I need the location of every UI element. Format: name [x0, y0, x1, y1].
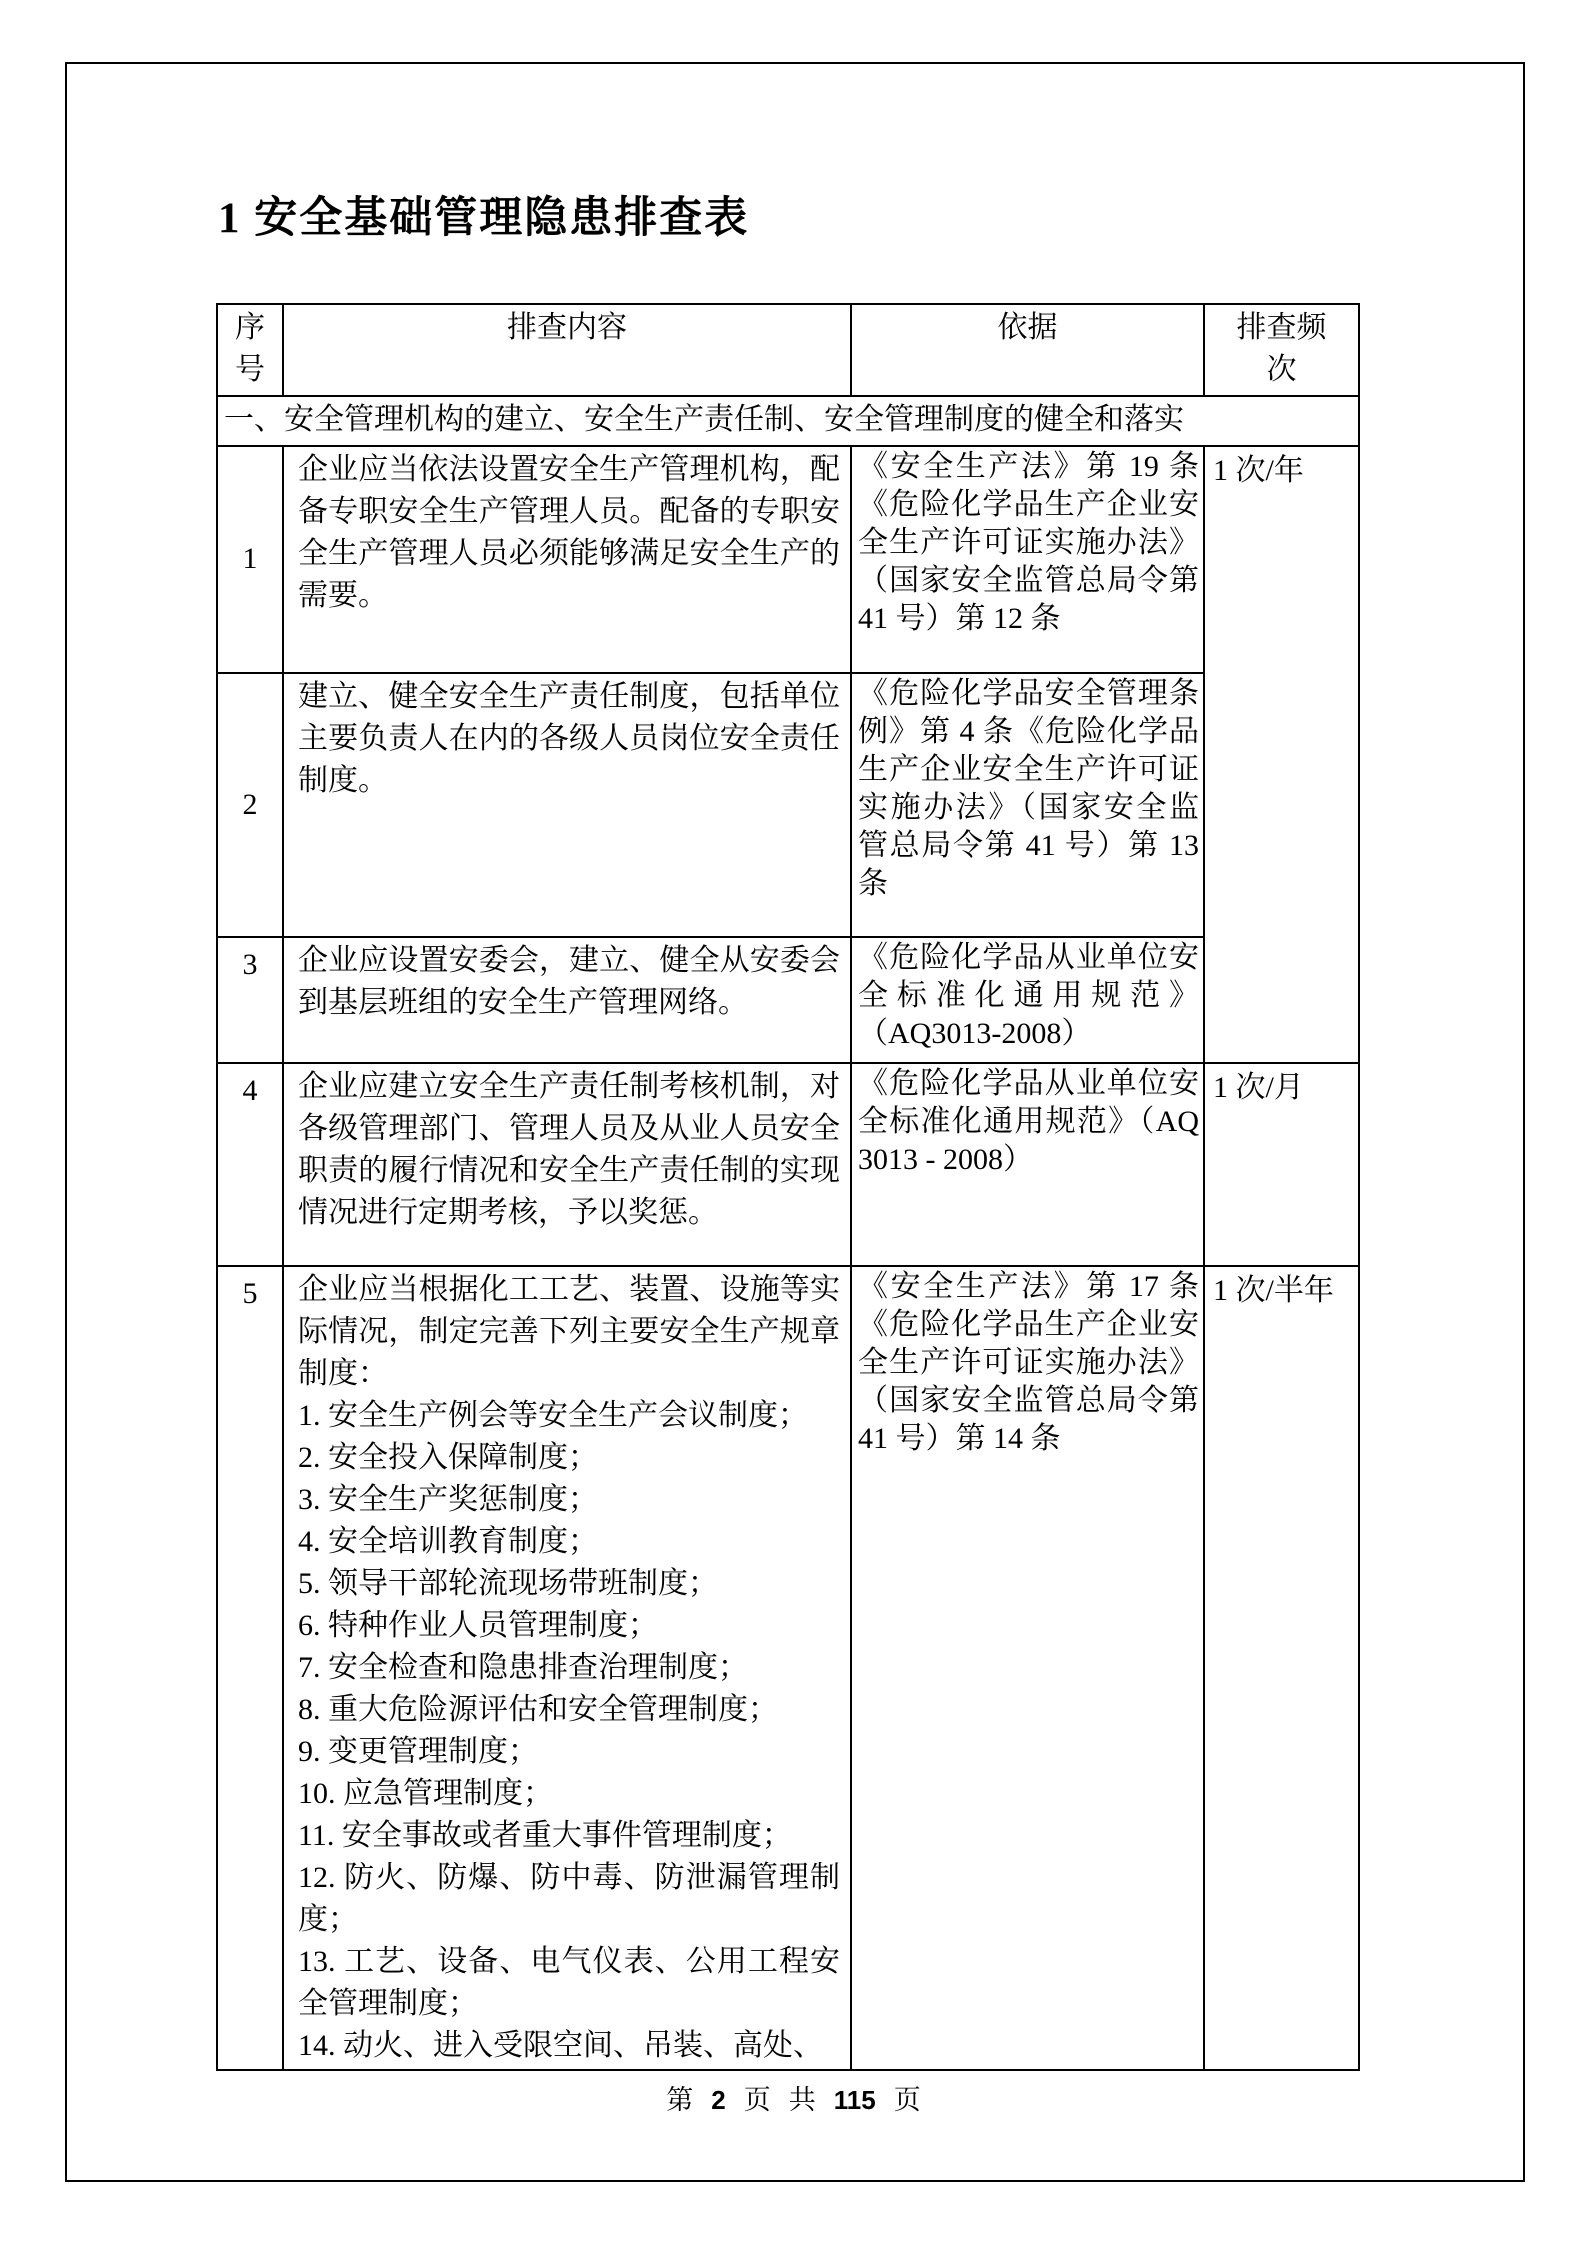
footer-label: 页 [744, 2085, 771, 2115]
header-frequency: 排查频 次 [1204, 304, 1359, 396]
header-content: 排查内容 [283, 304, 851, 396]
row-content: 企业应建立安全生产责任制考核机制，对各级管理部门、管理人员及从业人员安全职责的履… [283, 1063, 851, 1266]
row-frequency: 1 次/半年 [1204, 1266, 1359, 2070]
row-basis: 《危险化学品从业单位安全标准化通用规范》（AQ 3013 - 2008） [851, 1063, 1204, 1266]
row-basis: 《危险化学品安全管理条例》第 4 条《危险化学品生产企业安全生产许可证实施办法》… [851, 673, 1204, 937]
row-content: 企业应当根据化工工艺、装置、设施等实际情况，制定完善下列主要安全生产规章制度： … [283, 1266, 851, 2070]
table-row: 4 企业应建立安全生产责任制考核机制，对各级管理部门、管理人员及从业人员安全职责… [217, 1063, 1359, 1266]
section-title: 一、安全管理机构的建立、安全生产责任制、安全管理制度的健全和落实 [217, 396, 1359, 446]
row-number: 3 [217, 937, 283, 1063]
row-content: 建立、健全安全生产责任制度，包括单位主要负责人在内的各级人员岗位安全责任制度。 [283, 673, 851, 937]
table-row: 5 企业应当根据化工工艺、装置、设施等实际情况，制定完善下列主要安全生产规章制度… [217, 1266, 1359, 2070]
row-number: 4 [217, 1063, 283, 1266]
table-row: 3 企业应设置安委会，建立、健全从安委会到基层班组的安全生产管理网络。 《危险化… [217, 937, 1359, 1063]
page-footer: 第2页共115页 [0, 2080, 1587, 2120]
inspection-table-container: 序 号 排查内容 依据 排查频 次 一、安全管理机构的建立、安全生产责任制、安全… [216, 303, 1360, 2071]
footer-total-pages: 115 [834, 2085, 876, 2115]
section-row: 一、安全管理机构的建立、安全生产责任制、安全管理制度的健全和落实 [217, 396, 1359, 446]
footer-label: 页 [894, 2085, 921, 2115]
inspection-table: 序 号 排查内容 依据 排查频 次 一、安全管理机构的建立、安全生产责任制、安全… [216, 303, 1360, 2071]
row-content: 企业应当依法设置安全生产管理机构，配备专职安全生产管理人员。配备的专职安全生产管… [283, 446, 851, 673]
header-row: 序 号 排查内容 依据 排查频 次 [217, 304, 1359, 396]
row-number: 1 [217, 446, 283, 673]
header-basis: 依据 [851, 304, 1204, 396]
page-title: 1 安全基础管理隐患排查表 [218, 184, 749, 245]
header-no: 序 号 [217, 304, 283, 396]
row-number: 5 [217, 1266, 283, 2070]
row-basis: 《安全生产法》第 17 条《危险化学品生产企业安全生产许可证实施办法》（国家安全… [851, 1266, 1204, 2070]
table-row: 2 建立、健全安全生产责任制度，包括单位主要负责人在内的各级人员岗位安全责任制度… [217, 673, 1359, 937]
footer-page-number: 2 [711, 2085, 725, 2115]
row-basis: 《安全生产法》第 19 条《危险化学品生产企业安全生产许可证实施办法》（国家安全… [851, 446, 1204, 673]
row-frequency: 1 次/年 [1204, 446, 1359, 1063]
footer-label: 第 [666, 2085, 693, 2115]
row-content: 企业应设置安委会，建立、健全从安委会到基层班组的安全生产管理网络。 [283, 937, 851, 1063]
table-row: 1 企业应当依法设置安全生产管理机构，配备专职安全生产管理人员。配备的专职安全生… [217, 446, 1359, 673]
row-frequency: 1 次/月 [1204, 1063, 1359, 1266]
row-number: 2 [217, 673, 283, 937]
row-basis: 《危险化学品从业单位安全标准化通用规范》（AQ3013-2008） [851, 937, 1204, 1063]
document-page: 1 安全基础管理隐患排查表 序 号 排查内容 依据 排查频 次 一、安全管理机构… [0, 0, 1587, 2245]
footer-label: 共 [789, 2085, 816, 2115]
